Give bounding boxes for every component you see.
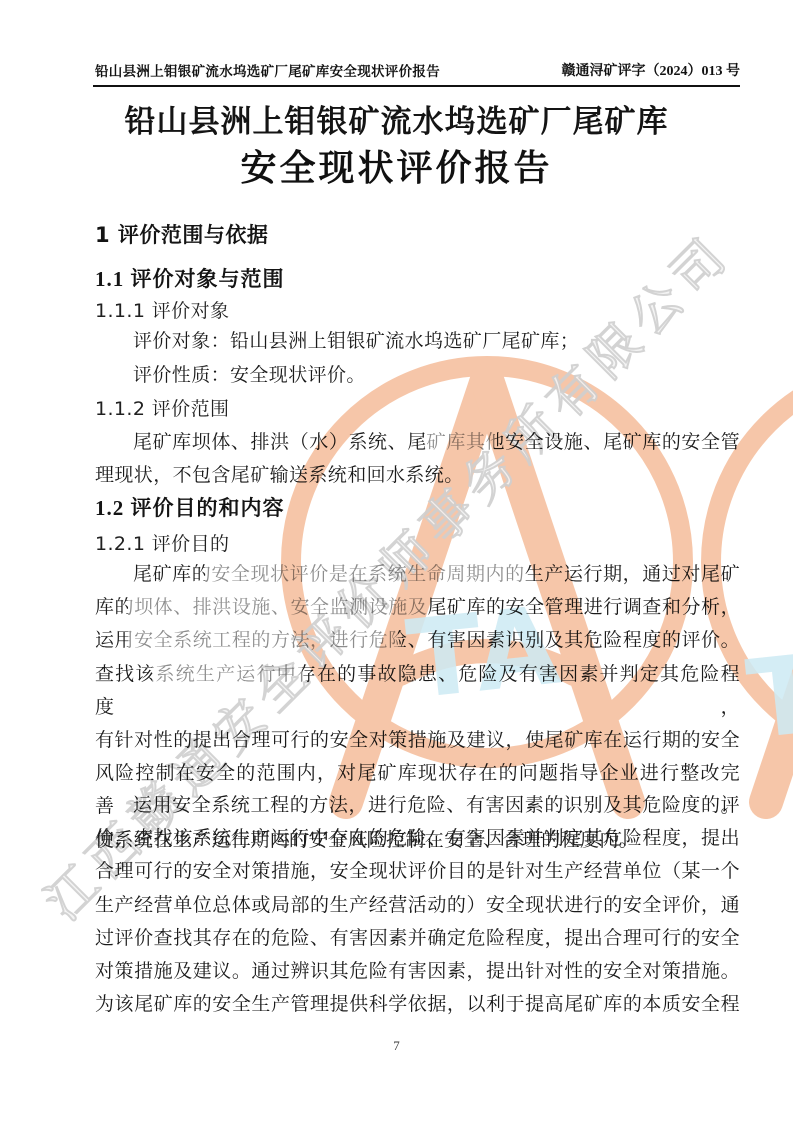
scope-line: 理现状，不包含尾矿输送系统和回水系统。: [95, 459, 740, 492]
evaluation-object-paragraph: 评价对象：铅山县洲上钼银矿流水坞选矿厂尾矿库； 评价性质：安全现状评价。: [95, 325, 740, 393]
report-page: 铅山县洲上钼银矿流水坞选矿厂尾矿库安全现状评价报告 赣通浔矿评字（2024）01…: [0, 0, 793, 1122]
evaluation-nature-line: 评价性质：安全现状评价。: [95, 359, 740, 393]
scope-line: 尾矿库坝体、排洪（水）系统、尾矿库其他安全设施、尾矿库的安全管: [95, 426, 740, 459]
evaluation-scope-paragraph: 尾矿库坝体、排洪（水）系统、尾矿库其他安全设施、尾矿库的安全管 理现状，不包含尾…: [95, 426, 740, 492]
body-line: 运用安全系统工程的方法，进行危险、有害因素的识别及其危险度的评: [95, 789, 740, 822]
scan-artifact: [428, 429, 494, 454]
section-1-1-2-heading: 1.1.2 评价范围: [95, 394, 229, 421]
body-line: 对策措施及建议。通过辨识其危险有害因素，提出针对性的安全对策措施。: [95, 955, 740, 988]
purpose-paragraph-2: 运用安全系统工程的方法，进行危险、有害因素的识别及其危险度的评 价，查找该系统生…: [95, 789, 740, 1021]
section-1-1-heading: 1.1 评价对象与范围: [95, 263, 285, 293]
body-line: 价，查找该系统生产运行中存在的危险、有害因素并判定其危险程度，提出: [95, 822, 740, 855]
section-1-2-1-heading: 1.2.1 评价目的: [95, 529, 229, 556]
body-line: 合理可行的安全对策措施，安全现状评价目的是针对生产经营单位（某一个: [95, 855, 740, 888]
report-title-line2: 安全现状评价报告: [0, 140, 793, 191]
scan-artifact: [152, 663, 302, 688]
watermark-letters: TA: [743, 632, 793, 755]
scan-artifact: [128, 595, 428, 623]
header-running-title: 铅山县洲上钼银矿流水坞选矿厂尾矿库安全现状评价报告: [95, 60, 440, 80]
page-number: 7: [0, 1038, 793, 1054]
scan-artifact: [128, 629, 398, 656]
scan-artifact: [205, 561, 525, 588]
body-line: 为该尾矿库的安全生产管理提供科学依据，以利于提高尾矿库的本质安全程: [95, 988, 740, 1021]
header-doc-number: 赣通浔矿评字（2024）013 号: [562, 60, 741, 80]
section-1-2-heading: 1.2 评价目的和内容: [95, 492, 285, 522]
body-line: 生产经营单位总体或局部的生产经营活动的）安全现状进行的安全评价，通: [95, 889, 740, 922]
evaluation-object-line: 评价对象：铅山县洲上钼银矿流水坞选矿厂尾矿库；: [95, 325, 740, 359]
page-header: 铅山县洲上钼银矿流水坞选矿厂尾矿库安全现状评价报告 赣通浔矿评字（2024）01…: [95, 60, 740, 80]
report-title-line1: 铅山县洲上钼银矿流水坞选矿厂尾矿库: [0, 96, 793, 141]
body-line: 过评价查找其存在的危险、有害因素并确定危险程度，提出合理可行的安全: [95, 922, 740, 955]
header-rule: [93, 85, 740, 87]
section-1-heading: 1 评价范围与依据: [95, 219, 268, 249]
section-1-1-1-heading: 1.1.1 评价对象: [95, 296, 229, 323]
body-line: 有针对性的提出合理可行的安全对策措施及建议，使尾矿库在运行期的安全: [95, 724, 740, 757]
